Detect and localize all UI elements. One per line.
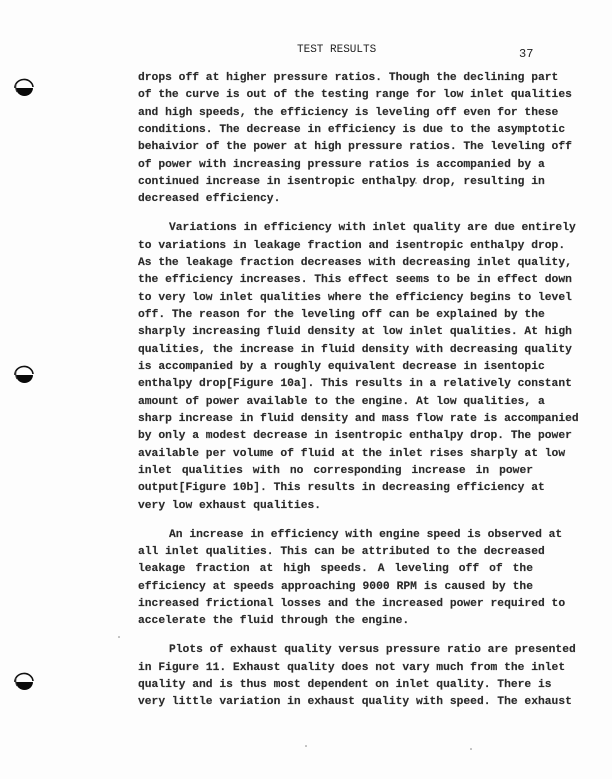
text-line: in Figure 11. Exhaust quality does not v… — [138, 660, 533, 677]
text-line: Plots of exhaust quality versus pressure… — [138, 642, 533, 659]
punch-hole-icon — [12, 78, 36, 98]
text-line: to very low inlet qualities where the ef… — [138, 290, 533, 307]
scan-speck — [470, 748, 472, 750]
page-number: 37 — [519, 47, 533, 61]
text-line: As the leakage fraction decreases with d… — [138, 255, 533, 272]
text-line: qualities, the increase in fluid density… — [138, 342, 533, 359]
text-line: quality and is thus most dependent on in… — [138, 677, 533, 694]
text-line: decreased efficiency. — [138, 191, 533, 208]
punch-hole-icon — [12, 365, 36, 385]
body-text: drops off at higher pressure ratios. Tho… — [138, 70, 533, 712]
document-page: TEST RESULTS 37 drops off at higher pres… — [0, 0, 612, 779]
paragraph-1: drops off at higher pressure ratios. Tho… — [138, 70, 533, 209]
running-head: TEST RESULTS — [297, 44, 376, 56]
text-line: inlet qualities with no corresponding in… — [138, 463, 533, 480]
text-line: sharp increase in fluid density and mass… — [138, 411, 533, 428]
paragraph-4: Plots of exhaust quality versus pressure… — [138, 642, 533, 711]
text-line: conditions. The decrease in efficiency i… — [138, 122, 533, 139]
text-line: sharply increasing fluid density at low … — [138, 324, 533, 341]
text-line: output[Figure 10b]. This results in decr… — [138, 480, 533, 497]
text-line: behaivior of the power at high pressure … — [138, 139, 533, 156]
paragraph-2: Variations in efficiency with inlet qual… — [138, 220, 533, 515]
punch-hole-icon — [12, 672, 36, 692]
text-line: increased frictional losses and the incr… — [138, 596, 533, 613]
text-line: accelerate the fluid through the engine. — [138, 613, 533, 630]
text-line: of power with increasing pressure ratios… — [138, 157, 533, 174]
scan-speck — [415, 182, 417, 184]
text-line: leakage fraction at high speeds. A level… — [138, 561, 533, 578]
scan-speck — [305, 745, 307, 747]
text-line: Variations in efficiency with inlet qual… — [138, 220, 533, 237]
text-line: available per volume of fluid at the inl… — [138, 446, 533, 463]
text-line: to variations in leakage fraction and is… — [138, 238, 533, 255]
text-line: very low exhaust qualities. — [138, 498, 533, 515]
text-line: by only a modest decrease in isentropic … — [138, 428, 533, 445]
scan-speck — [560, 145, 562, 147]
text-line: An increase in efficiency with engine sp… — [138, 527, 533, 544]
text-line: amount of power available to the engine.… — [138, 394, 533, 411]
text-line: enthalpy drop[Figure 10a]. This results … — [138, 376, 533, 393]
text-line: drops off at higher pressure ratios. Tho… — [138, 70, 533, 87]
text-line: and high speeds, the efficiency is level… — [138, 105, 533, 122]
text-line: is accompanied by a roughly equivalent d… — [138, 359, 533, 376]
text-line: all inlet qualities. This can be attribu… — [138, 544, 533, 561]
text-line: very little variation in exhaust quality… — [138, 694, 533, 711]
text-line: efficiency at speeds approaching 9000 RP… — [138, 579, 533, 596]
text-line: off. The reason for the leveling off can… — [138, 307, 533, 324]
text-line: of the curve is out of the testing range… — [138, 87, 533, 104]
paragraph-3: An increase in efficiency with engine sp… — [138, 527, 533, 631]
text-line: the efficiency increases. This effect se… — [138, 272, 533, 289]
text-line: continued increase in isentropic enthalp… — [138, 174, 533, 191]
scan-speck — [118, 636, 120, 638]
